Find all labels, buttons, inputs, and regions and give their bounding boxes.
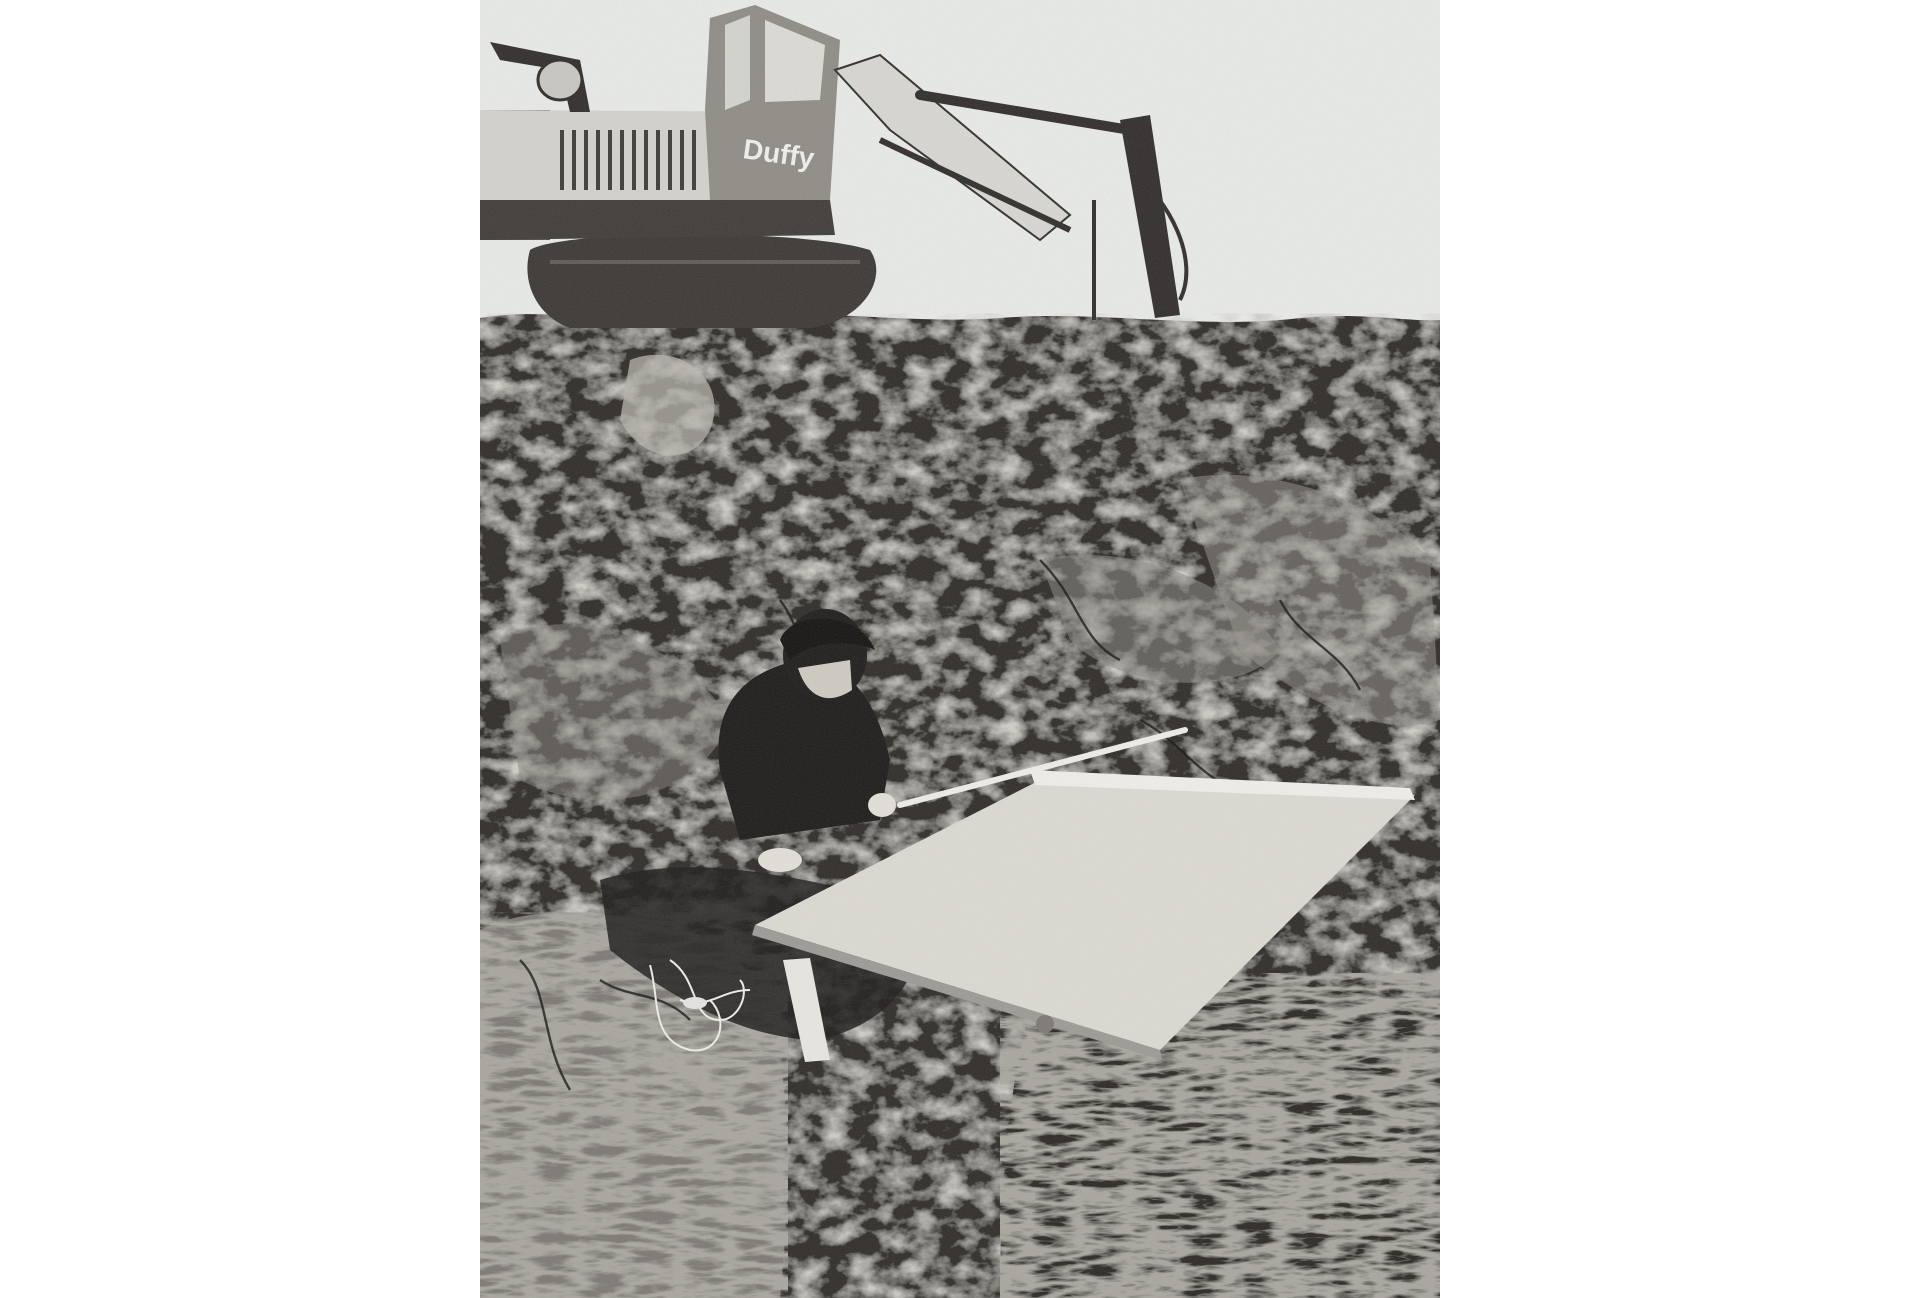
photograph: Duffy: [480, 0, 1440, 1298]
